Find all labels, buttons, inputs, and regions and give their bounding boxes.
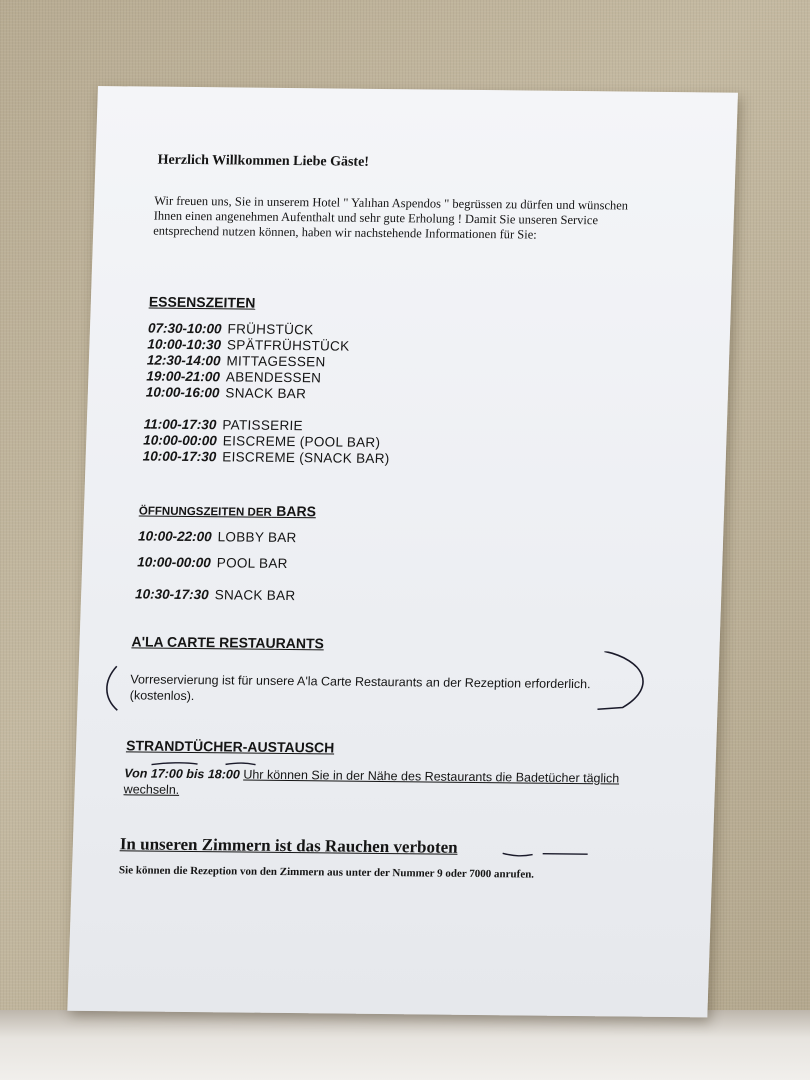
towels-note: Von 17:00 bis 18:00 Uhr können Sie in de…	[123, 765, 624, 802]
smoking-notice: In unseren Zimmern ist das Rauchen verbo…	[120, 834, 458, 858]
meal-times-group-1: 07:30-10:00FRÜHSTÜCK 10:00-10:30SPÄTFRÜH…	[146, 321, 351, 403]
hotel-info-sheet: Herzlich Willkommen Liebe Gäste! Wir fre…	[67, 86, 738, 1017]
intro-paragraph: Wir freuen uns, Sie in unserem Hotel " Y…	[153, 194, 644, 244]
meal-row: 10:00-17:30EISCREME (SNACK BAR)	[142, 448, 389, 467]
towel-background	[0, 1010, 810, 1080]
meal-row: 10:00-16:00SNACK BAR	[146, 385, 349, 403]
bar-row: 10:30-17:30SNACK BAR	[135, 586, 296, 604]
alacarte-heading: A'LA CARTE RESTAURANTS	[131, 633, 324, 651]
meal-times-group-2: 11:00-17:30PATISSERIE 10:00-00:00EISCREM…	[142, 417, 390, 468]
phone-note: Sie können die Rezeption von den Zimmern…	[119, 864, 534, 880]
meal-times-heading: ESSENSZEITEN	[149, 294, 256, 311]
bar-row: 10:00-22:00LOBBY BAR	[138, 528, 297, 546]
greeting-title: Herzlich Willkommen Liebe Gäste!	[157, 153, 369, 171]
towels-heading: STRANDTÜCHER-AUSTAUSCH	[126, 737, 335, 755]
alacarte-note: Vorreservierung ist für unsere A'la Cart…	[130, 671, 631, 708]
bar-hours-heading: ÖFFNUNGSZEITEN DER BARS	[139, 501, 317, 521]
bar-row: 10:00-00:00POOL BAR	[137, 554, 288, 572]
